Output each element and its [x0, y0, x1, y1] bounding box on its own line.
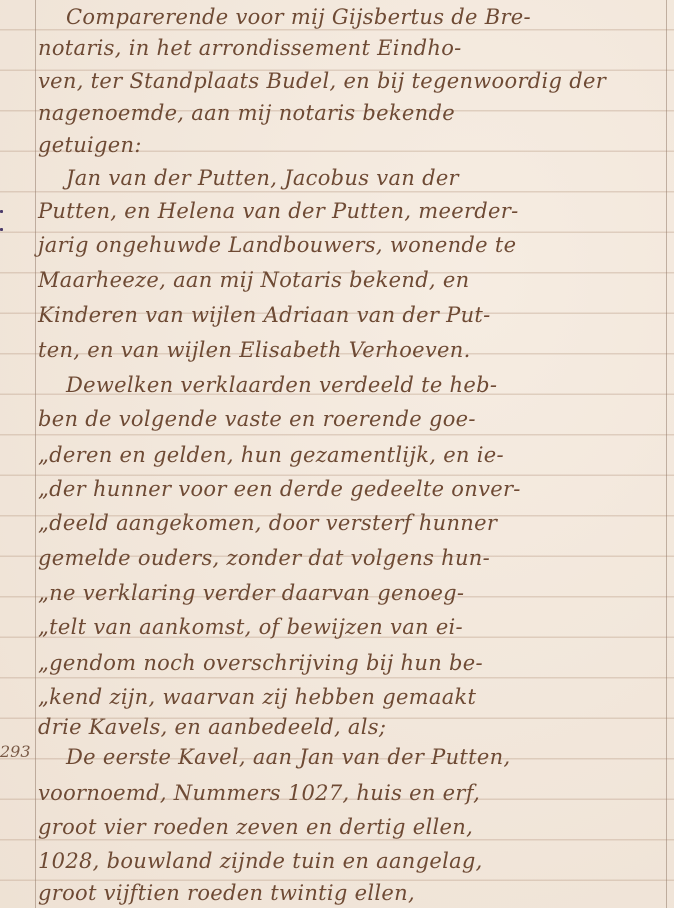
text-line: voornoemd, Nummers 1027, huis en erf, — [38, 778, 664, 808]
text-line: „deren en gelden, hun gezamentlijk, en i… — [38, 440, 664, 470]
text-line: groot vijftien roeden twintig ellen, — [38, 878, 664, 908]
text-line: „telt van aankomst, of bewijzen van ei- — [38, 612, 664, 642]
text-line: 1028, bouwland zijnde tuin en aangelag, — [38, 846, 664, 876]
text-line: drie Kavels, en aanbedeeld, als; — [38, 712, 664, 742]
text-line: „kend zijn, waarvan zij hebben gemaakt — [38, 682, 664, 712]
margin-ink-mark — [0, 228, 3, 231]
text-line: ben de volgende vaste en roerende goe- — [38, 404, 664, 434]
text-line: De eerste Kavel, aan Jan van der Putten, — [66, 742, 664, 772]
text-line: „gendom noch overschrijving bij hun be- — [38, 648, 664, 678]
text-line: „ne verklaring verder daarvan genoeg- — [38, 578, 664, 608]
text-line: getuigen: — [38, 130, 664, 160]
text-line: jarig ongehuwde Landbouwers, wonende te — [38, 230, 664, 260]
text-line: „der hunner voor een derde gedeelte onve… — [38, 474, 664, 504]
text-line: Comparerende voor mij Gijsbertus de Bre- — [66, 2, 664, 32]
text-line: Dewelken verklaarden verdeeld te heb- — [66, 370, 664, 400]
margin-folio-number: 293 — [0, 742, 31, 761]
text-line: Putten, en Helena van der Putten, meerde… — [38, 196, 664, 226]
text-line: nagenoemde, aan mij notaris bekende — [38, 98, 664, 128]
text-line: notaris, in het arrondissement Eindho- — [38, 33, 664, 63]
text-line: „deeld aangekomen, door versterf hunner — [38, 508, 664, 538]
left-margin-rule — [35, 0, 36, 908]
text-line: Jan van der Putten, Jacobus van der — [66, 163, 664, 193]
text-line: gemelde ouders, zonder dat volgens hun- — [38, 543, 664, 573]
text-line: ven, ter Standplaats Budel, en bij tegen… — [38, 66, 664, 96]
text-line: groot vier roeden zeven en dertig ellen, — [38, 812, 664, 842]
text-line: Maarheeze, aan mij Notaris bekend, en — [38, 265, 664, 295]
margin-ink-mark — [0, 210, 3, 213]
text-line: Kinderen van wijlen Adriaan van der Put- — [38, 300, 664, 330]
text-line: ten, en van wijlen Elisabeth Verhoeven. — [38, 335, 664, 365]
document-page: 293 Comparerende voor mij Gijsbertus de … — [0, 0, 674, 908]
right-margin-rule — [666, 0, 667, 908]
